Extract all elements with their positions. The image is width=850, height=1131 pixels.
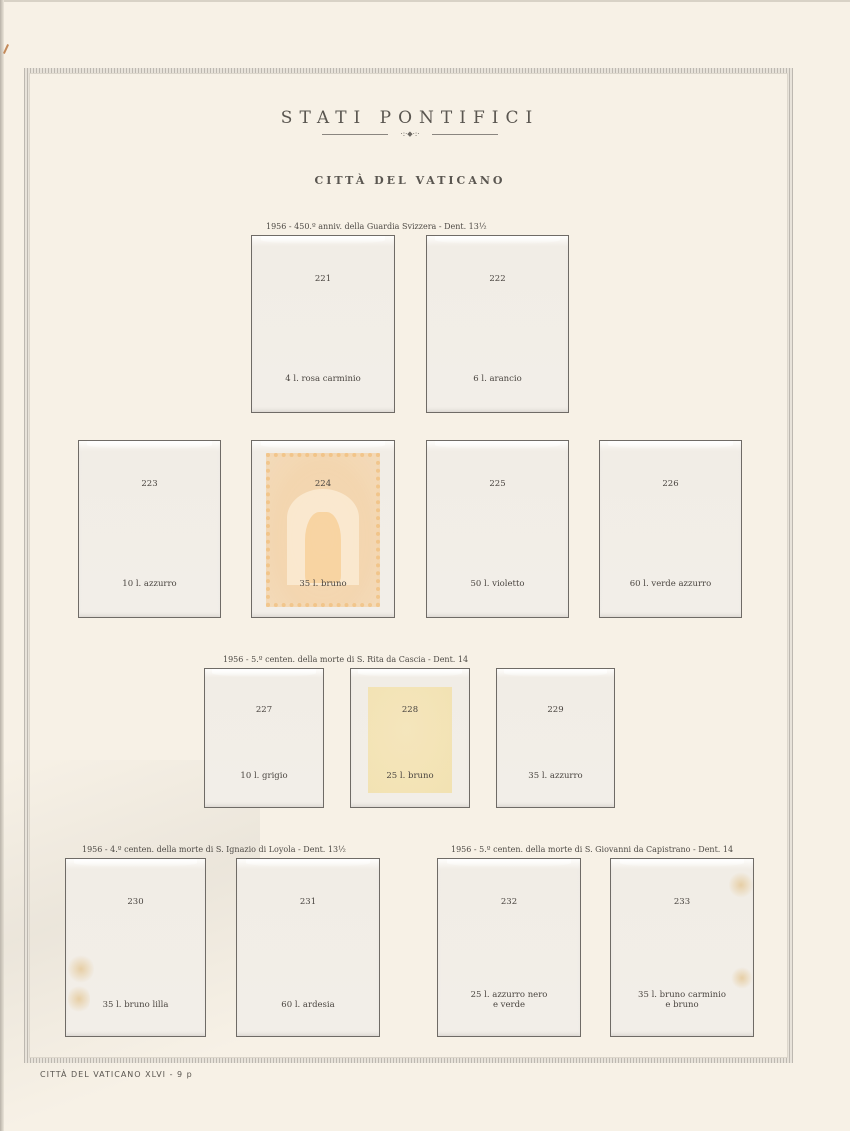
stamp-description: 35 l. bruno carminio e bruno (611, 990, 753, 1010)
stamp-number: 225 (427, 479, 568, 489)
stamp-description: 60 l. ardesia (237, 1000, 379, 1010)
mount-glare (261, 236, 386, 244)
foxing-stain (729, 871, 753, 899)
title-ornament-icon: ·:·◆·:· (388, 130, 432, 139)
mount-glare (504, 669, 607, 677)
stamp-number: 226 (600, 479, 741, 489)
stamp-mount-227[interactable]: 227 10 l. grigio (204, 668, 324, 808)
stamp-mount-233[interactable]: 233 35 l. bruno carminio e bruno (610, 858, 754, 1037)
mount-glare (246, 859, 371, 867)
stamp-description: 4 l. rosa carminio (252, 374, 394, 384)
set-caption-s-giovanni: 1956 - 5.º centen. della morte di S. Gio… (451, 845, 733, 854)
mount-glare (74, 859, 196, 867)
stamp-mount-223[interactable]: 223 10 l. azzurro (78, 440, 221, 618)
stamp-description-line-1: 25 l. azzurro nero (438, 990, 580, 1000)
stamp-number: 231 (237, 897, 379, 907)
stamp-description: 50 l. violetto (427, 579, 568, 589)
stamp-mount-228[interactable]: 228 25 l. bruno (350, 668, 470, 808)
stamp-description: 60 l. verde azzurro (600, 579, 741, 589)
set-caption-s-rita: 1956 - 5.º centen. della morte di S. Rit… (223, 655, 468, 664)
stamp-description-line-2: e verde (438, 1000, 580, 1010)
mount-glare (447, 859, 572, 867)
stamp-number: 221 (252, 274, 394, 284)
stamp-description: 35 l. azzurro (497, 771, 614, 781)
mount-glare (435, 441, 559, 449)
stamp-mount-224[interactable]: 224 35 l. bruno (251, 440, 395, 618)
stamp-number: 232 (438, 897, 580, 907)
stamp-number: 224 (252, 479, 394, 489)
stamp-mount-229[interactable]: 229 35 l. azzurro (496, 668, 615, 808)
stamp-description: 6 l. arancio (427, 374, 568, 384)
stamp-number: 227 (205, 705, 323, 715)
stamp-description: 35 l. bruno (252, 579, 394, 589)
set-caption-s-ignazio: 1956 - 4.º centen. della morte di S. Ign… (82, 845, 346, 854)
stamp-mount-226[interactable]: 226 60 l. verde azzurro (599, 440, 742, 618)
stamp-mount-225[interactable]: 225 50 l. violetto (426, 440, 569, 618)
stamp-mount-231[interactable]: 231 60 l. ardesia (236, 858, 380, 1037)
stamp-description-line-1: 35 l. bruno carminio (611, 990, 753, 1000)
stamp-number: 228 (351, 705, 469, 715)
stamp-mount-222[interactable]: 222 6 l. arancio (426, 235, 569, 413)
stamp-description: 10 l. azzurro (79, 579, 220, 589)
stamp-number: 222 (427, 274, 568, 284)
page-title: STATI PONTIFICI (0, 108, 820, 128)
stamp-number: 223 (79, 479, 220, 489)
mount-glare (212, 669, 316, 677)
mount-glare (261, 441, 386, 449)
stamp-description: 35 l. bruno lilla (66, 1000, 205, 1010)
mount-glare (435, 236, 559, 244)
page-subtitle: CITTÀ DEL VATICANO (0, 174, 820, 187)
stamp-description-line-2: e bruno (611, 1000, 753, 1010)
stamp-mount-221[interactable]: 221 4 l. rosa carminio (251, 235, 395, 413)
stamp-number: 233 (611, 897, 753, 907)
stamp-description: 10 l. grigio (205, 771, 323, 781)
mount-glare (358, 669, 462, 677)
stamp-mount-230[interactable]: 230 35 l. bruno lilla (65, 858, 206, 1037)
set-caption-guardia-svizzera: 1956 - 450.º anniv. della Guardia Svizze… (266, 222, 487, 231)
stamp-number: 229 (497, 705, 614, 715)
foxing-stain (731, 967, 753, 989)
stamp-number: 230 (66, 897, 205, 907)
stamp-description: 25 l. bruno (351, 771, 469, 781)
page-footer: CITTÀ DEL VATICANO XLVI - 9 p (40, 1070, 193, 1079)
page-top-edge (0, 0, 850, 2)
mount-glare (608, 441, 732, 449)
foxing-stain (68, 954, 94, 984)
stamp-description: 25 l. azzurro nero e verde (438, 990, 580, 1010)
stamp-mount-232[interactable]: 232 25 l. azzurro nero e verde (437, 858, 581, 1037)
mount-glare (620, 859, 745, 867)
stamp-figure (305, 512, 341, 582)
mount-glare (87, 441, 211, 449)
